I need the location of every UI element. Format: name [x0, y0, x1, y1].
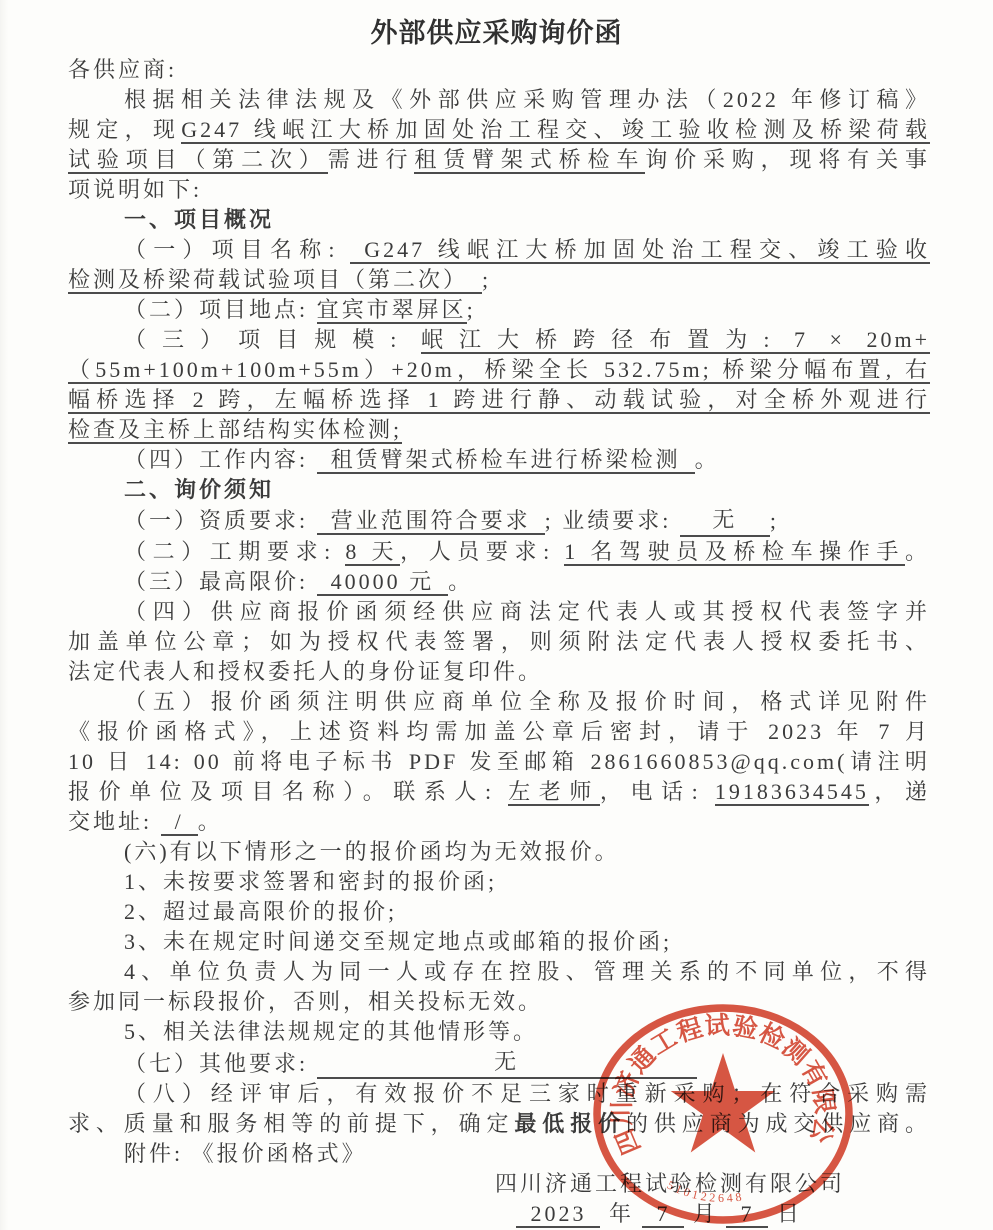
- text-segment: （一）资质要求:: [124, 508, 317, 533]
- text-segment: 询价采购，现将有关事: [645, 147, 930, 172]
- underlined-value: G247 线岷江大桥加固处治工程交、竣工验收检测及桥梁荷载: [181, 117, 930, 144]
- underlined-value: （55m+100m+100m+55m）+20m，桥梁全长 532.75m; 桥梁…: [68, 357, 930, 384]
- text-segment: 规定，现: [68, 117, 181, 142]
- text-segment: 日: [768, 1201, 802, 1226]
- text-segment: 。: [695, 447, 720, 472]
- text-segment: （一）项目名称:: [124, 237, 350, 262]
- text-segment: ;: [467, 297, 476, 322]
- filled-blank: 无: [317, 1047, 697, 1079]
- invalid-item-5: 5、相关法律法规规定的其他情形等。: [68, 1017, 930, 1047]
- text-segment: （三）项目规模:: [124, 327, 421, 352]
- underlined-value: 40000 元: [317, 569, 449, 596]
- underlined-value: 租赁臂架式桥检车: [414, 147, 645, 174]
- attachment: 附件: 《报价函格式》: [68, 1139, 930, 1169]
- underlined-value: 宜宾市翠屏区: [317, 297, 467, 324]
- text-segment: 1、未按要求签署和密封的报价函;: [124, 869, 497, 894]
- underlined-value: 7: [642, 1201, 684, 1228]
- text-segment: ;: [770, 508, 779, 533]
- signing-rule-line-3: 法定代表人和授权委托人的身份证复印件。: [68, 657, 930, 687]
- project-scale-line-3: 幅桥选择 2 跨，左幅桥选择 1 跨进行静、动载试验，对全桥外观进行: [68, 385, 930, 415]
- submission-rule-line-1: （五）报价函须注明供应商单位全称及报价时间，格式详见附件: [68, 687, 930, 717]
- text-segment: 。: [198, 809, 223, 834]
- intro-line-1: 根据相关法律法规及《外部供应采购管理办法（2022 年修订稿》: [68, 85, 930, 115]
- intro-line-2: 规定，现G247 线岷江大桥加固处治工程交、竣工验收检测及桥梁荷载: [68, 115, 930, 145]
- invalid-item-2: 2、超过最高限价的报价;: [68, 897, 930, 927]
- text-segment: 4、单位负责人为同一人或存在控股、管理关系的不同单位，不得: [124, 959, 930, 984]
- invalid-bid-intro: (六)有以下情形之一的报价函均为无效报价。: [68, 837, 930, 867]
- text-segment: 法定代表人和授权委托人的身份证复印件。: [68, 659, 543, 684]
- text-segment: 。: [448, 569, 473, 594]
- text-segment: 项说明如下:: [68, 177, 202, 202]
- text-segment: 报价单位及项目名称）。联系人:: [68, 779, 508, 804]
- underlined-value: 1 名驾驶员及桥检车操作手: [564, 539, 905, 566]
- submission-rule-line-5: 交地址: /。: [68, 807, 930, 837]
- intro-line-4: 项说明如下:: [68, 175, 930, 205]
- filled-blank: 无: [680, 505, 770, 537]
- text-segment: 交地址:: [68, 809, 161, 834]
- text-segment: （五）报价函须注明供应商单位全称及报价时间，格式详见附件: [124, 689, 930, 714]
- underlined-value: 2023: [516, 1201, 600, 1228]
- project-name-line-2: 检测及桥梁荷载试验项目（第二次）;: [68, 265, 930, 295]
- signing-rule-line-2: 加盖单位公章；如为授权代表签署，则须附法定代表人授权委托书、: [68, 627, 930, 657]
- text-segment: ; 业绩要求:: [545, 508, 680, 533]
- text-segment: （七）其他要求:: [124, 1051, 317, 1076]
- submission-rule-line-3: 10 日 14: 00 前将电子标书 PDF 发至邮箱 2861660853@q…: [68, 747, 930, 777]
- text-segment: 附件: 《报价函格式》: [124, 1141, 367, 1166]
- text-segment: 求、质量和服务相等的前提下，确定: [68, 1111, 514, 1136]
- underlined-value: 7: [726, 1201, 768, 1228]
- work-content: （四）工作内容: 租赁臂架式桥检车进行桥梁检测。: [68, 445, 930, 475]
- section-1-heading: 一、项目概况: [68, 205, 930, 235]
- text-segment: ，递: [869, 779, 930, 804]
- text-segment: （四）供应商报价函须经供应商法定代表人或其授权代表签字并: [124, 599, 930, 624]
- underlined-value: 左老师: [508, 779, 600, 806]
- text-segment: 月: [684, 1201, 726, 1226]
- text-segment: 最低报价: [514, 1111, 626, 1136]
- text-segment: （三）最高限价:: [124, 569, 317, 594]
- underlined-value: 幅桥选择 2 跨，左幅桥选择 1 跨进行静、动载试验，对全桥外观进行: [68, 387, 930, 414]
- invalid-item-1: 1、未按要求签署和密封的报价函;: [68, 867, 930, 897]
- underlined-value: /: [161, 809, 198, 836]
- text-segment: 5、相关法律法规规定的其他情形等。: [124, 1019, 538, 1044]
- text-segment: ;: [482, 267, 491, 292]
- signature-company: 四川济通工程试验检测有限公司: [68, 1169, 930, 1199]
- submission-rule-line-2: 《报价函格式》，上述资料均需加盖公章后密封，请于 2023 年 7 月: [68, 717, 930, 747]
- text-segment: 需进行: [328, 147, 415, 172]
- text-segment: （二）项目地点:: [124, 297, 317, 322]
- text-segment: 2、超过最高限价的报价;: [124, 899, 397, 924]
- invalid-item-4-line-2: 参加同一标段报价，否则，相关投标无效。: [68, 987, 930, 1017]
- text-segment: 的供应商为成交供应商。: [626, 1111, 930, 1136]
- text-segment: (六)有以下情形之一的报价函均为无效报价。: [124, 839, 620, 864]
- text-segment: 各供应商:: [68, 57, 177, 82]
- underlined-value: G247 线岷江大桥加固处治工程交、竣工验收: [350, 237, 930, 264]
- invalid-item-3: 3、未在规定时间递交至规定地点或邮箱的报价函;: [68, 927, 930, 957]
- project-scale-line-1: （三）项目规模: 岷江大桥跨径布置为: 7 × 20m+: [68, 325, 930, 355]
- underlined-value: 岷江大桥跨径布置为: 7 × 20m+: [421, 327, 930, 354]
- project-name-line-1: （一）项目名称: G247 线岷江大桥加固处治工程交、竣工验收: [68, 235, 930, 265]
- submission-rule-line-4: 报价单位及项目名称）。联系人: 左老师，电话: 19183634545，递: [68, 777, 930, 807]
- award-rule-line-2: 求、质量和服务相等的前提下，确定最低报价的供应商为成交供应商。: [68, 1109, 930, 1139]
- invalid-item-4-line-1: 4、单位负责人为同一人或存在控股、管理关系的不同单位，不得: [68, 957, 930, 987]
- text-segment: 。: [905, 539, 930, 564]
- underlined-value: 试验项目（第二次）: [68, 147, 328, 174]
- underlined-value: 检查及主桥上部结构实体检测;: [68, 417, 402, 444]
- signing-rule-line-1: （四）供应商报价函须经供应商法定代表人或其授权代表签字并: [68, 597, 930, 627]
- signature-date: 2023 年 7 月 7 日: [68, 1199, 930, 1229]
- page: 外部供应采购询价函 各供应商:根据相关法律法规及《外部供应采购管理办法（2022…: [0, 0, 993, 1230]
- schedule-requirement: （二）工期要求: 8 天，人员要求: 1 名驾驶员及桥检车操作手。: [68, 537, 930, 567]
- project-scale-line-2: （55m+100m+100m+55m）+20m，桥梁全长 532.75m; 桥梁…: [68, 355, 930, 385]
- underlined-value: 营业范围符合要求: [317, 508, 545, 535]
- text-segment: 四川济通工程试验检测有限公司: [495, 1171, 845, 1196]
- document-body: 各供应商:根据相关法律法规及《外部供应采购管理办法（2022 年修订稿》规定，现…: [0, 55, 993, 1229]
- underlined-value: 租赁臂架式桥检车进行桥梁检测: [317, 447, 695, 474]
- text-segment: 根据相关法律法规及《外部供应采购管理办法（2022 年修订稿》: [124, 87, 930, 112]
- text-segment: （八）经评审后，有效报价不足三家时重新采购；在符合采购需: [124, 1081, 930, 1106]
- intro-line-3: 试验项目（第二次）需进行租赁臂架式桥检车询价采购，现将有关事: [68, 145, 930, 175]
- text-segment: （二）工期要求:: [124, 539, 345, 564]
- text-segment: （四）工作内容:: [124, 447, 317, 472]
- text-segment: 10 日 14: 00 前将电子标书 PDF 发至邮箱 2861660853@q…: [68, 749, 930, 774]
- text-segment: 《报价函格式》，上述资料均需加盖公章后密封，请于 2023 年 7 月: [68, 719, 930, 744]
- salutation: 各供应商:: [68, 55, 930, 85]
- text-segment: 一、项目概况: [124, 207, 274, 232]
- qualification-requirement: （一）资质要求: 营业范围符合要求; 业绩要求: 无;: [68, 505, 930, 537]
- price-cap: （三）最高限价: 40000 元。: [68, 567, 930, 597]
- text-segment: 参加同一标段报价，否则，相关投标无效。: [68, 989, 543, 1014]
- section-2-heading: 二、询价须知: [68, 475, 930, 505]
- text-segment: 年: [600, 1201, 642, 1226]
- award-rule-line-1: （八）经评审后，有效报价不足三家时重新采购；在符合采购需: [68, 1079, 930, 1109]
- project-scale-line-4: 检查及主桥上部结构实体检测;: [68, 415, 930, 445]
- text-segment: 加盖单位公章；如为授权代表签署，则须附法定代表人授权委托书、: [68, 629, 930, 654]
- underlined-value: 19183634545: [715, 779, 869, 806]
- underlined-value: 检测及桥梁荷载试验项目（第二次）: [68, 267, 482, 294]
- text-segment: ，人员要求:: [400, 539, 564, 564]
- text-segment: 二、询价须知: [124, 477, 274, 502]
- text-segment: 3、未在规定时间递交至规定地点或邮箱的报价函;: [124, 929, 672, 954]
- other-requirements: （七）其他要求: 无: [68, 1047, 930, 1079]
- project-location: （二）项目地点: 宜宾市翠屏区;: [68, 295, 930, 325]
- text-segment: ，电话:: [600, 779, 715, 804]
- document-title: 外部供应采购询价函: [0, 0, 993, 50]
- underlined-value: 8 天: [345, 539, 400, 566]
